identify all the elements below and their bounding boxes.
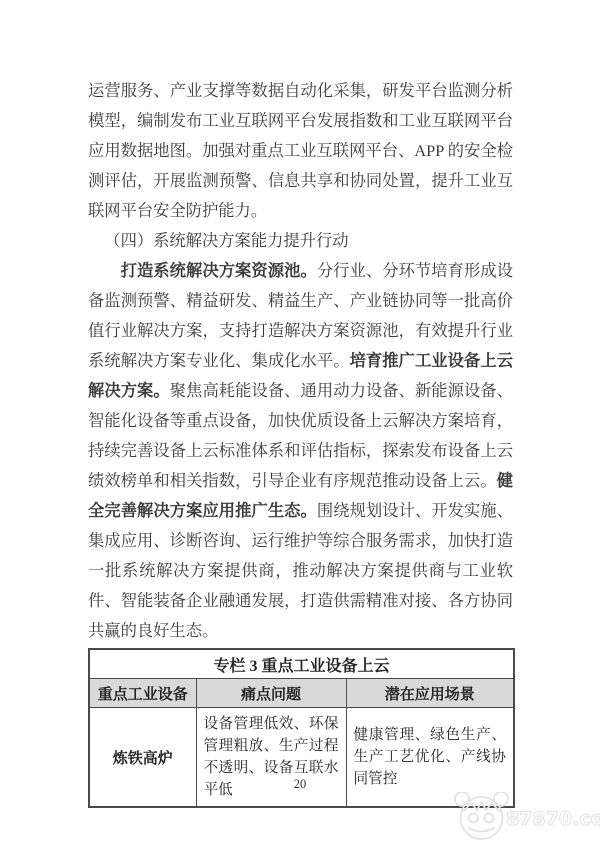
document-page: 运营服务、产业支撑等数据自动化采集，研发平台监测分析模型，编制发布工业互联网平台… bbox=[0, 0, 600, 848]
table-row: 炼铁高炉 设备管理低效、环保管理粗放、生产过程不透明、设备互联水平低 健康管理、… bbox=[89, 708, 514, 808]
section-heading: （四）系统解决方案能力提升行动 bbox=[88, 226, 513, 256]
watermark: 87870.com bbox=[452, 792, 600, 848]
paragraph-main: 打造系统解决方案资源池。分行业、分环节培育形成设备监测预警、精益研发、精益生产、… bbox=[88, 256, 513, 646]
paragraph-continued: 运营服务、产业支撑等数据自动化采集，研发平台监测分析模型，编制发布工业互联网平台… bbox=[88, 76, 513, 226]
table-title: 专栏 3 重点工业设备上云 bbox=[89, 649, 514, 679]
bold-lead-text: 打造系统解决方案资源池。 bbox=[121, 261, 317, 280]
table-cell-painpoints: 设备管理低效、环保管理粗放、生产过程不透明、设备互联水平低 bbox=[196, 708, 346, 808]
table-header-painpoints: 痛点问题 bbox=[196, 679, 346, 708]
table-header-row: 重点工业设备 痛点问题 潜在应用场景 bbox=[89, 679, 514, 708]
bear-mascot-icon bbox=[455, 792, 508, 839]
page-number: 20 bbox=[0, 777, 600, 792]
body-text-run: 围绕规划设计、开发实施、集成应用、诊断咨询、运行维护等综合服务需求，加快打造一批… bbox=[88, 501, 513, 640]
watermark-text: 87870.com bbox=[506, 808, 600, 830]
body-text-block: 运营服务、产业支撑等数据自动化采集，研发平台监测分析模型，编制发布工业互联网平台… bbox=[88, 76, 513, 808]
table-header-equipment: 重点工业设备 bbox=[89, 679, 196, 708]
body-text-run: 运营服务、产业支撑等数据自动化采集，研发平台监测分析模型，编制发布工业互联网平台… bbox=[88, 81, 513, 220]
table-header-scenarios: 潜在应用场景 bbox=[346, 679, 514, 708]
table-cell-equipment: 炼铁高炉 bbox=[89, 708, 196, 808]
table-title-row: 专栏 3 重点工业设备上云 bbox=[89, 649, 514, 679]
